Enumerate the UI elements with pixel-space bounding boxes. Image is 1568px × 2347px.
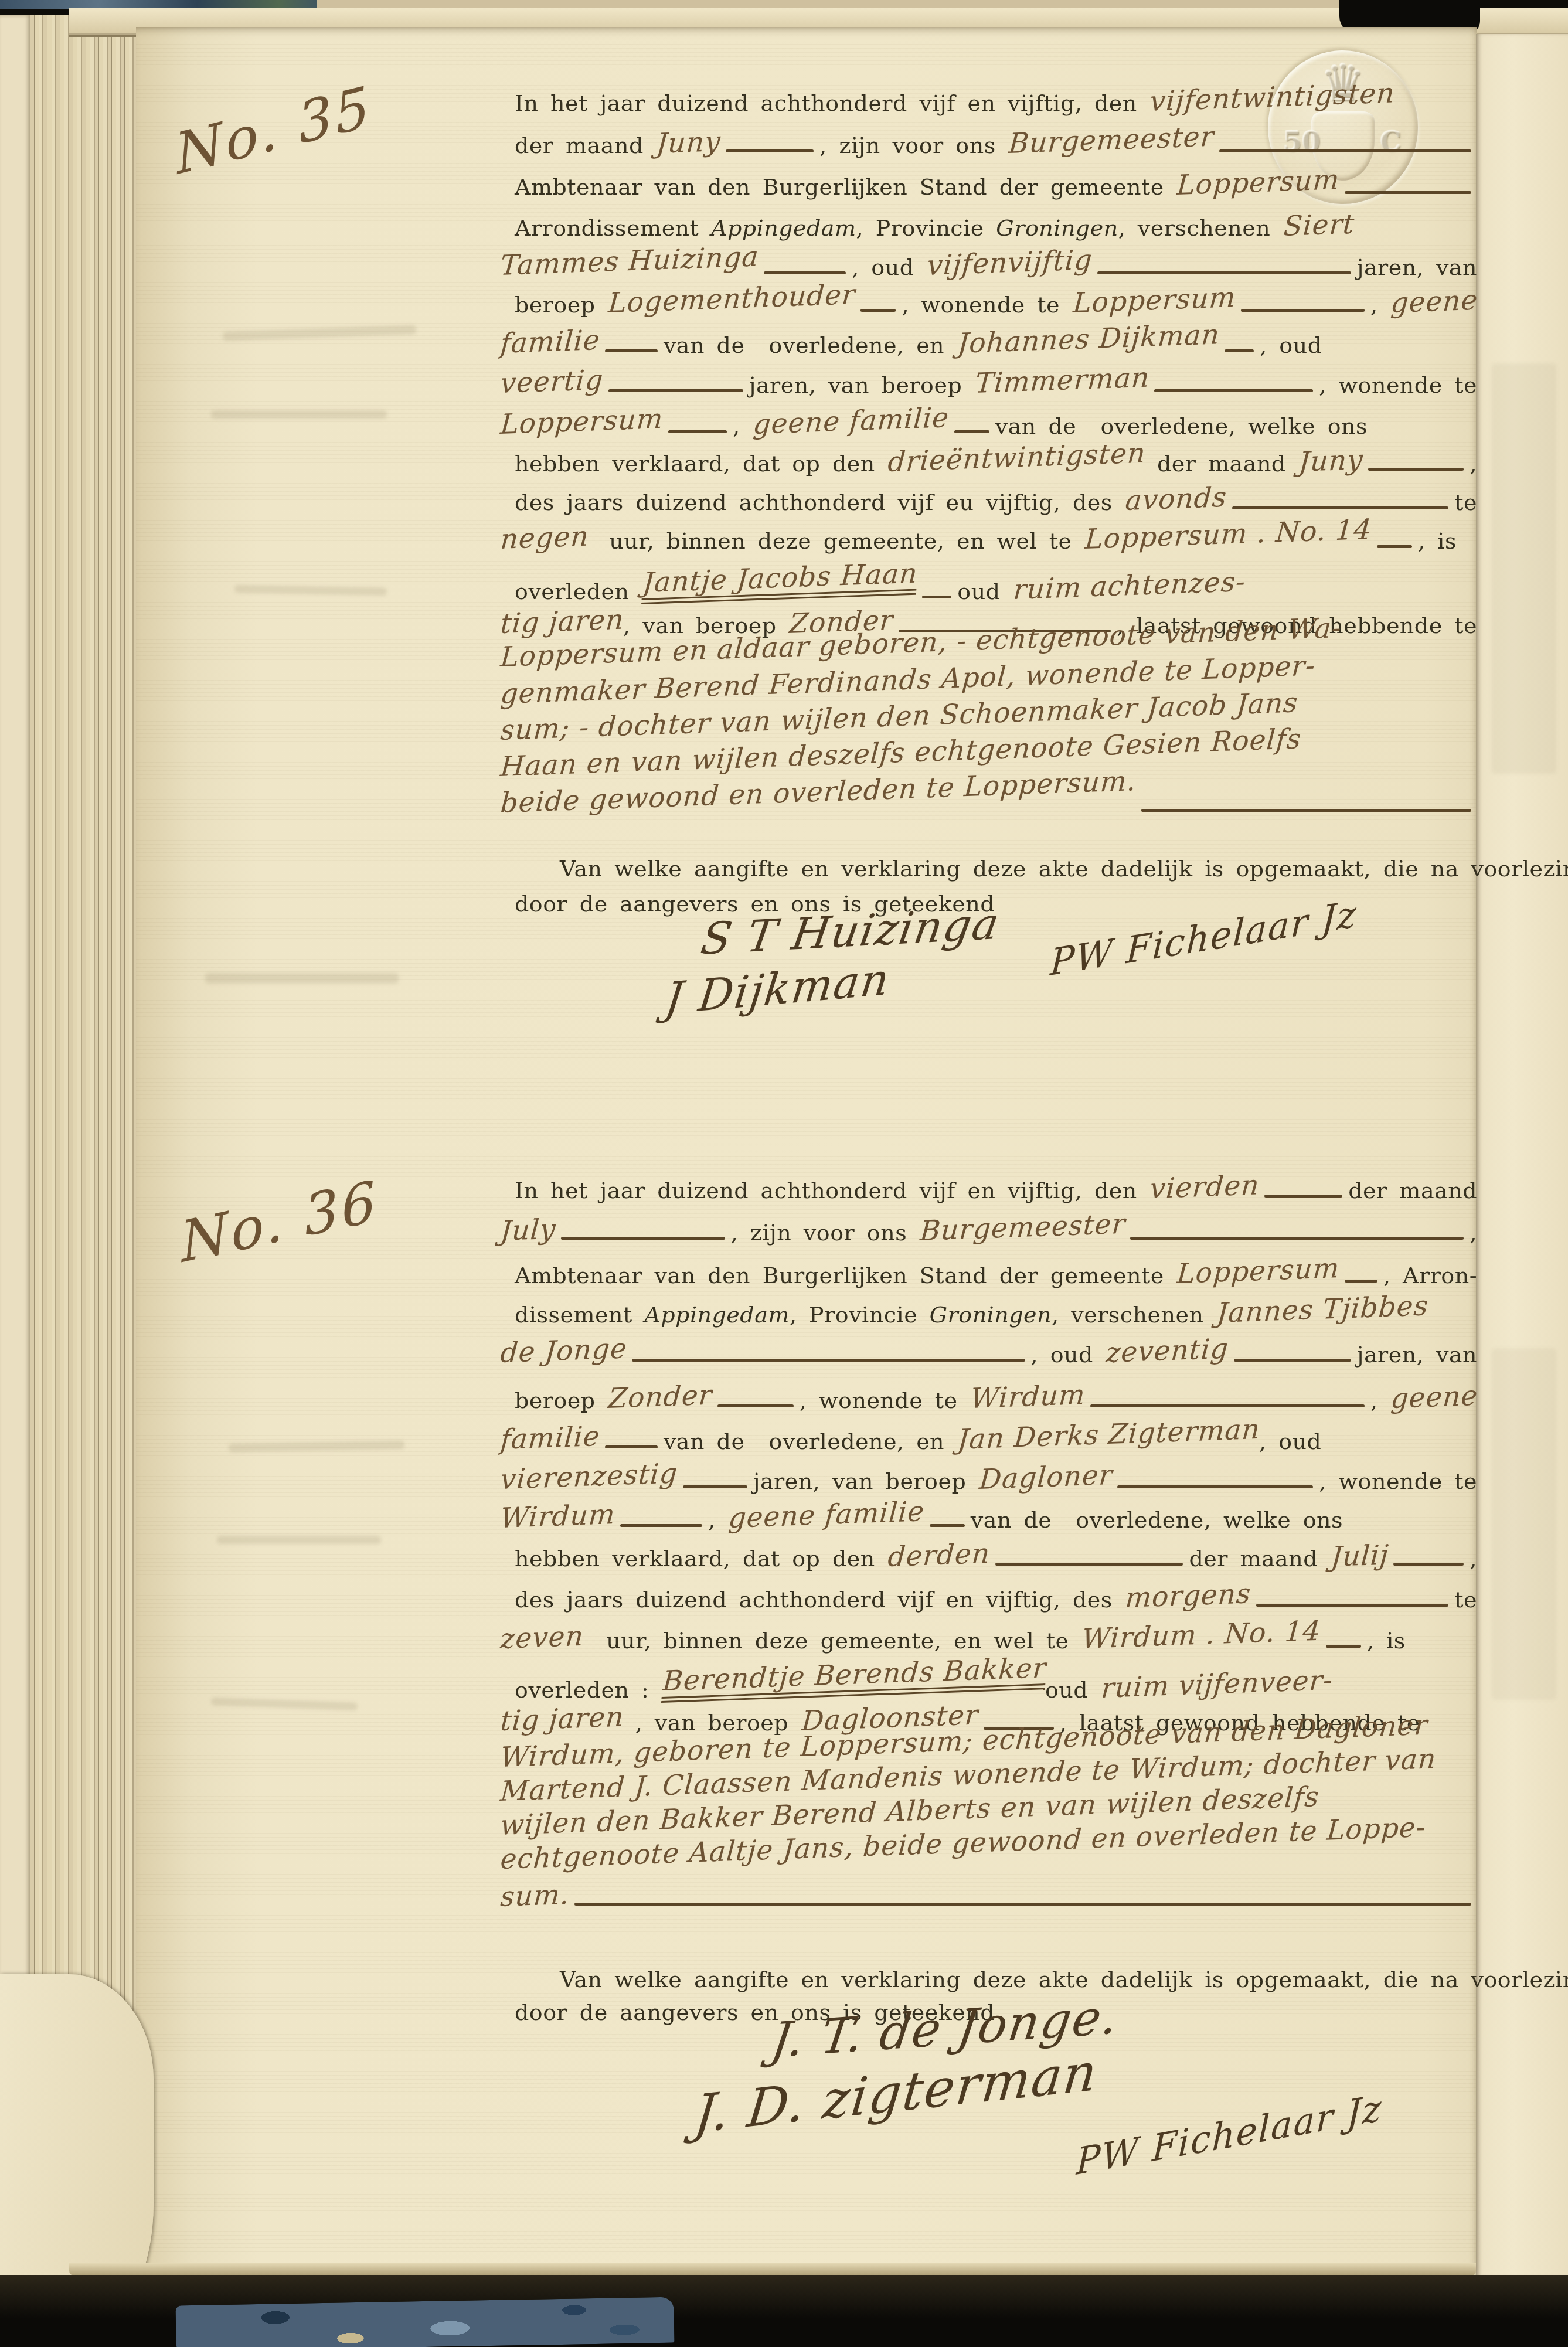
handwritten-text: veertig [499, 366, 604, 399]
printed-text: der maand [515, 133, 655, 159]
printed-text: , wonende te [800, 1388, 970, 1414]
printed-text: jaren, van [1357, 255, 1477, 281]
printed-text: , [1470, 451, 1477, 477]
handwritten-text: Juny [1298, 445, 1364, 477]
fill-rule [605, 1445, 658, 1448]
fill-rule [1154, 389, 1313, 392]
marbled-cover-bottom [175, 2297, 674, 2347]
fill-rule [1345, 1280, 1377, 1283]
printed-text: , oud [1259, 1429, 1321, 1455]
printed-text: Ambtenaar van den Burgerlijken Stand der… [515, 1263, 1176, 1289]
printed-text-italic: Groningen [930, 1302, 1052, 1328]
handwritten-text: tig jaren [499, 605, 625, 638]
printed-text-italic: Appingedam [644, 1302, 790, 1328]
printed-text-italic: Groningen [996, 216, 1118, 241]
printed-text: beroep [515, 292, 607, 318]
act-36-line-6: beroep Zonder, wonende te Wirdum, geene [515, 1385, 1477, 1413]
fill-rule [922, 596, 951, 598]
printed-text: , is [1367, 1628, 1406, 1654]
handwritten-text: Julij [1330, 1540, 1390, 1572]
handwritten-text: geene familie [752, 403, 950, 439]
handwritten-text: zeventig [1105, 1335, 1230, 1368]
handwritten-text: Loppersum [1072, 283, 1237, 318]
printed-text: , Arron- [1383, 1263, 1477, 1289]
handwritten-text: Logementhouder [607, 280, 856, 318]
printed-text: der maand [1348, 1178, 1477, 1204]
handwritten-text: Wirdum . No. 14 [1081, 1617, 1322, 1654]
handwritten-text: familie [499, 1422, 601, 1454]
fill-rule [1097, 271, 1351, 274]
handwritten-text: Siert [1283, 210, 1356, 241]
printed-text: , [708, 1508, 727, 1533]
printed-text: van de overledene, en [664, 1429, 957, 1455]
printed-text: uur, binnen deze gemeente, en wel te [606, 1628, 1081, 1654]
fill-rule [995, 1563, 1183, 1566]
act-35-line-4: Arrondissement Appingedam, Provincie Gro… [515, 212, 1477, 241]
act-36-line-18: echtgenoote Aaltje Jans, beide gewoond e… [499, 1845, 1477, 1874]
printed-text: van de overledene, en [664, 333, 957, 359]
fill-rule [574, 1903, 1471, 1906]
printed-text: Van welke aangifte en verklaring deze ak… [560, 856, 1568, 882]
act-35-line-2: der maand Juny, zijn voor ons Burgemeest… [515, 130, 1477, 158]
printed-text: jaren, van [1357, 1342, 1477, 1368]
fill-rule [1141, 809, 1471, 812]
act-36-line-5: de Jonge, oud zeventigjaren, van [499, 1339, 1477, 1368]
handwritten-text: vierenzestig [499, 1459, 679, 1494]
fill-rule [1090, 1404, 1365, 1407]
handwritten-text: ruim achtenzes- [1012, 567, 1247, 604]
printed-text: des jaars duizend achthonderd vijf eu vi… [515, 490, 1124, 516]
printed-text: In het jaar duizend achthonderd vijf en … [515, 91, 1149, 117]
handwritten-text: sum. [499, 1880, 570, 1912]
act-36-line-13: overleden : Berendtje Berends Bakkeroud … [515, 1667, 1477, 1703]
printed-text: Arrondissement [515, 216, 711, 241]
act-35-line-12: negenuur, binnen deze gemeente, en wel t… [499, 525, 1477, 554]
fill-rule [561, 1237, 725, 1240]
printed-text: , Provincie [790, 1302, 930, 1328]
act-36-line-10: hebben verklaard, dat op den derdender m… [515, 1543, 1477, 1572]
handwritten-text: geene familie [727, 1497, 926, 1533]
printed-text: , wonende te [1319, 1469, 1477, 1495]
handwritten-text: Burgemeester [919, 1210, 1127, 1246]
act-36-line-12: zevenuur, binnen deze gemeente, en wel t… [499, 1625, 1477, 1654]
handwritten-text: zeven [499, 1622, 585, 1654]
handwritten-text: geene [1390, 286, 1479, 318]
act-36-line-3: Ambtenaar van den Burgerlijken Stand der… [515, 1260, 1477, 1288]
act-35-line-13: overleden Jantje Jacobs Haanoud ruim ach… [515, 569, 1477, 604]
act-35-line-3: Ambtenaar van den Burgerlijken Stand der… [515, 171, 1477, 200]
handwritten-text: Johannes Dijkman [957, 320, 1221, 358]
handwritten-text: morgens [1124, 1579, 1252, 1613]
handwritten-text: ruim vijfenveer- [1100, 1666, 1334, 1703]
bleedthrough-mark [211, 410, 387, 419]
act-36-closing-line-1: Van welke aangifte en verklaring deze ak… [560, 1967, 1568, 1993]
printed-text: des jaars duizend achthonderd vijf en vi… [515, 1587, 1124, 1613]
printed-text: jaren, van beroep [749, 373, 974, 399]
fill-rule [726, 149, 814, 152]
printed-text: , zijn voor ons [819, 133, 1008, 159]
handwritten-text: Tammes Huizinga [499, 242, 760, 280]
act-35-line-5: Tammes Huizinga, oud vijfenvijftigjaren,… [499, 251, 1477, 280]
printed-text: , oud [852, 255, 926, 281]
printed-text: , wonende te [902, 292, 1072, 318]
fill-rule [1345, 191, 1471, 194]
fill-rule [1219, 149, 1471, 152]
bleedthrough-mark [217, 1536, 381, 1544]
printed-text: overleden [515, 579, 641, 605]
fill-rule [717, 1404, 794, 1407]
act-35-line-19: beide gewoond en overleden te Loppersum. [499, 789, 1477, 818]
handwritten-text: vijfentwintigsten [1149, 79, 1396, 116]
printed-text: van de overledene, welke ons [971, 1508, 1343, 1533]
printed-text: , [1470, 1220, 1477, 1246]
act-36-line-19: sum. [499, 1883, 1477, 1911]
handwritten-text: Timmerman [974, 363, 1151, 398]
printed-text: uur, binnen deze gemeente, en wel te [609, 529, 1084, 555]
handwritten-text: July [499, 1215, 557, 1246]
act-36-line-1: In het jaar duizend achthonderd vijf en … [515, 1175, 1477, 1203]
act-35-line-8: veertigjaren, van beroep Timmerman, wone… [499, 369, 1477, 398]
handwritten-text: tig jaren [499, 1702, 625, 1736]
printed-text: oud [957, 579, 1012, 605]
act-35-line-11: des jaars duizend achthonderd vijf eu vi… [515, 487, 1477, 515]
printed-text: oud [1045, 1678, 1100, 1703]
printed-text: te [1454, 1587, 1477, 1613]
handwritten-name-underlined: Jantje Jacobs Haan [641, 559, 919, 604]
act-35-closing-line-1: Van welke aangifte en verklaring deze ak… [560, 856, 1568, 882]
act-36-line-4: dissement Appingedam, Provincie Groninge… [515, 1299, 1477, 1328]
handwritten-text: Jannes Tjibbes [1216, 1291, 1430, 1328]
fill-rule [1241, 309, 1365, 312]
printed-text: te [1454, 490, 1477, 516]
fill-rule [620, 1524, 702, 1527]
handwritten-text: familie [499, 326, 601, 358]
register-page [136, 27, 1477, 2277]
printed-text: jaren, van beroep [753, 1469, 978, 1495]
printed-text: , [733, 414, 752, 440]
printed-text: , [1370, 292, 1390, 318]
printed-text: , Provincie [856, 216, 996, 241]
bleedthrough-mark [205, 973, 399, 984]
act-36-line-9: Wirdum, geene familievan de overledene, … [499, 1504, 1477, 1533]
act-36-line-8: vierenzestigjaren, van beroep Dagloner, … [499, 1465, 1477, 1494]
fill-rule [1225, 349, 1254, 352]
bleedthrough-mark [1492, 1348, 1556, 1700]
fill-rule [1232, 506, 1449, 509]
printed-text: , wonende te [1319, 373, 1477, 399]
act-35-line-7: familievan de overledene, en Johannes Di… [499, 329, 1477, 358]
fill-rule [1264, 1195, 1342, 1198]
printed-text: , verschenen [1052, 1302, 1216, 1328]
fill-rule [1326, 1645, 1361, 1648]
fill-rule [605, 349, 658, 352]
printed-text: Ambtenaar van den Burgerlijken Stand der… [515, 175, 1176, 200]
fill-rule [608, 389, 743, 392]
fill-rule [683, 1485, 747, 1488]
handwritten-text: Zonder [607, 1381, 713, 1414]
printed-text: Van welke aangifte en verklaring deze ak… [560, 1967, 1568, 1993]
handwritten-text: de Jonge [499, 1334, 628, 1368]
fill-rule [1368, 468, 1464, 471]
act-36-line-2: July, zijn voor ons Burgemeester, [499, 1217, 1477, 1246]
handwritten-text: Wirdum [970, 1380, 1086, 1413]
bleedthrough-mark [1492, 363, 1556, 774]
fill-rule [1130, 1237, 1464, 1240]
handwritten-text: drieëntwintigsten [887, 438, 1147, 477]
handwritten-text: Loppersum [1176, 165, 1341, 200]
printed-text: , oud [1260, 333, 1322, 359]
fill-rule [668, 430, 727, 433]
handwritten-text: Juny [655, 127, 722, 158]
printed-text: dissement [515, 1302, 644, 1328]
book-photo: ♛ 50 C No. 35In het jaar duizend achthon… [0, 0, 1568, 2347]
handwritten-text: vijfenvijftig [926, 246, 1093, 280]
handwritten-text: geene [1390, 1382, 1479, 1414]
printed-text: , is [1418, 529, 1457, 555]
act-35-line-6: beroep Logementhouder, wonende te Lopper… [515, 289, 1477, 318]
printed-text: beroep [515, 1388, 607, 1414]
printed-text-italic: Appingedam [711, 216, 856, 241]
handwritten-text: Dagloner [978, 1461, 1114, 1494]
page-bottom-edge [69, 2263, 1476, 2275]
fill-rule [860, 309, 896, 312]
printed-text: hebben verklaard, dat op den [515, 1546, 887, 1572]
fill-rule [1117, 1485, 1313, 1488]
printed-text: hebben verklaard, dat op den [515, 451, 887, 477]
fill-rule [930, 1524, 965, 1527]
fill-rule [764, 271, 846, 274]
handwritten-text: vierden [1149, 1171, 1260, 1203]
fill-rule [1377, 545, 1412, 548]
printed-text: der maand [1145, 451, 1298, 477]
printed-text: , [1470, 1546, 1477, 1572]
handwritten-text: avonds [1124, 483, 1228, 516]
fill-rule [1234, 1359, 1351, 1362]
printed-text: van de overledene, welke ons [995, 414, 1368, 440]
printed-text: overleden : [515, 1678, 661, 1703]
handwritten-text: Wirdum [499, 1500, 616, 1533]
act-36-line-7: familievan de overledene, en Jan Derks Z… [499, 1426, 1477, 1454]
handwritten-text: derden [887, 1539, 991, 1572]
fill-rule [1256, 1604, 1448, 1607]
printed-text: der maand [1189, 1546, 1329, 1572]
act-35-line-1: In het jaar duizend achthonderd vijf en … [515, 87, 1477, 116]
printed-text: , oud [1031, 1342, 1106, 1368]
act-35-line-9: Loppersum, geene familievan de overleden… [499, 410, 1477, 439]
fill-rule [632, 1359, 1025, 1362]
printed-text: , verschenen [1118, 216, 1283, 241]
handwritten-text: negen [499, 522, 590, 555]
act-35-line-10: hebben verklaard, dat op den drieëntwint… [515, 448, 1477, 477]
fill-rule [954, 430, 989, 433]
printed-text: , [1370, 1388, 1390, 1414]
printed-text: , zijn voor ons [731, 1220, 919, 1246]
act-36-line-11: des jaars duizend achthonderd vijf en vi… [515, 1584, 1477, 1613]
handwritten-text: Loppersum [499, 404, 664, 439]
handwritten-text: Loppersum [1176, 1254, 1341, 1288]
handwritten-text: Burgemeester [1008, 123, 1215, 159]
printed-text: In het jaar duizend achthonderd vijf en … [515, 1178, 1149, 1204]
fill-rule [1393, 1563, 1464, 1566]
